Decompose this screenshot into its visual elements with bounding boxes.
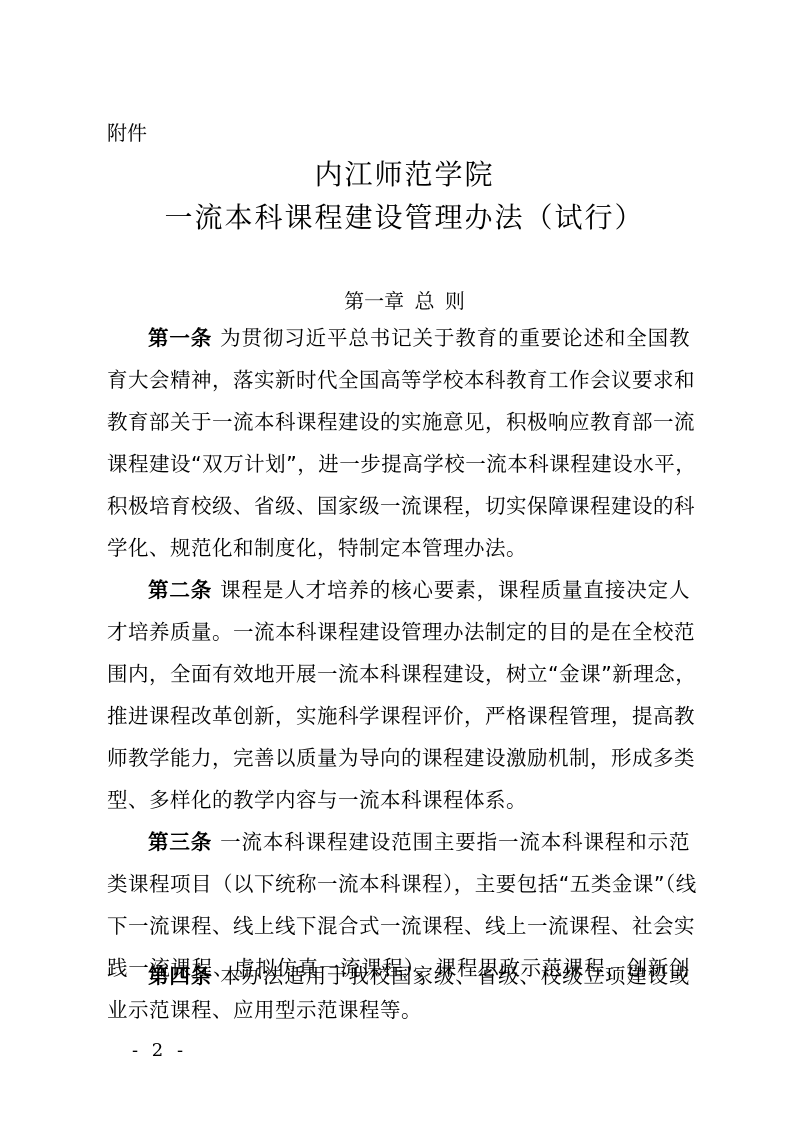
- article-label: 第四条: [148, 964, 212, 988]
- document-title-institution: 内江师范学院: [8, 153, 793, 193]
- article-2-line-2: 才培养质量。一流本科课程建设管理办法制定的目的是在全校范: [107, 611, 690, 653]
- article-2-line-4: 推进课程改革创新，实施科学课程评价，严格课程管理，提高教: [107, 695, 690, 737]
- article-1-line-5: 积极培育校级、省级、国家级一流课程，切实保障课程建设的科: [107, 485, 690, 527]
- article-1-line-1: 第一条为贯彻习近平总书记关于教育的重要论述和全国教: [148, 317, 690, 359]
- article-2-line-5: 师教学能力，完善以质量为导向的课程建设激励机制，形成多类: [107, 737, 690, 779]
- article-2-line-1: 第二条课程是人才培养的核心要素，课程质量直接决定人: [148, 569, 690, 611]
- article-2-line-6: 型、多样化的教学内容与一流本科课程体系。: [107, 779, 690, 821]
- article-3-line-1: 第三条一流本科课程建设范围主要指一流本科课程和示范: [148, 821, 690, 863]
- page-number: - 2 -: [132, 1040, 187, 1061]
- attachment-label: 附件: [107, 117, 147, 146]
- article-label: 第二条: [148, 578, 212, 602]
- article-1-line-3: 教育部关于一流本科课程建设的实施意见，积极响应教育部一流: [107, 401, 690, 443]
- chapter-heading: 第一章 总 则: [8, 285, 793, 314]
- document-title-main: 一流本科课程建设管理办法（试行）: [8, 196, 793, 236]
- article-3-line-2: 类课程项目（以下统称一流本科课程），主要包括“五类金课”（线: [107, 863, 690, 905]
- article-label: 第三条: [148, 830, 212, 854]
- article-1-line-2: 育大会精神，落实新时代全国高等学校本科教育工作会议要求和: [107, 359, 690, 401]
- article-label: 第一条: [148, 326, 212, 350]
- article-3-line-3: 下一流课程、线上线下混合式一流课程、线上一流课程、社会实: [107, 905, 690, 947]
- article-1-line-6: 学化、规范化和制度化，特制定本管理办法。: [107, 527, 690, 569]
- article-1-line-4: 课程建设“双万计划”，进一步提高学校一流本科课程建设水平，: [107, 443, 690, 485]
- article-2-line-3: 围内，全面有效地开展一流本科课程建设，树立“金课”新理念，: [107, 653, 690, 695]
- article-4-line-1: 第四条本办法适用于我校国家级、省级、校级立项建设或: [148, 955, 690, 997]
